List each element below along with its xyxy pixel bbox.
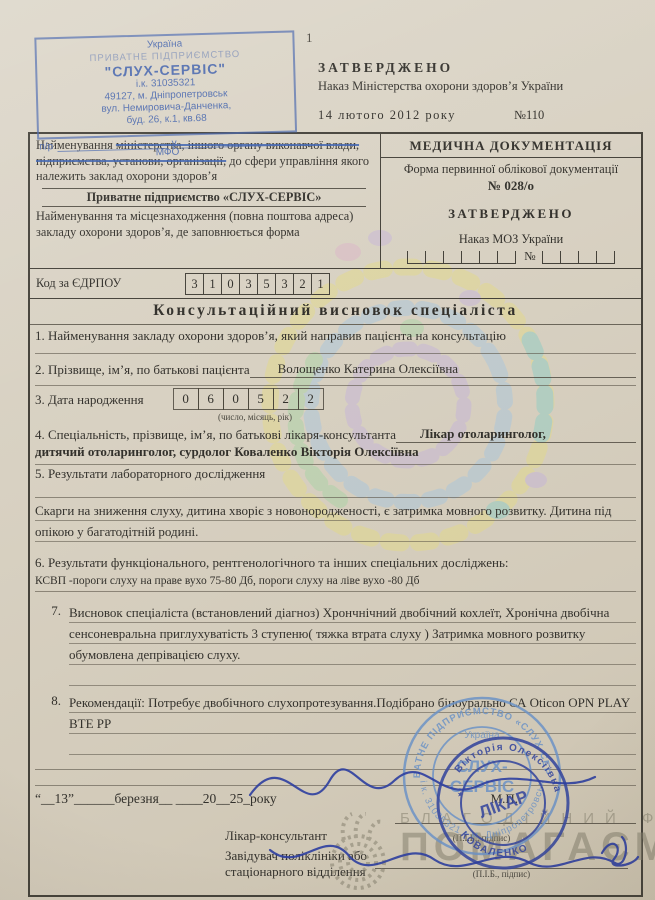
order-no-label: № <box>524 249 535 264</box>
edrpou-digit-cell: 1 <box>311 273 330 295</box>
edrpou-digit-cell: 0 <box>221 273 240 295</box>
spacer <box>35 828 225 844</box>
spacer <box>35 592 636 602</box>
signature-line <box>395 807 636 824</box>
order-label: Наказ МОЗ України <box>387 232 635 247</box>
birth-digit-cell: 5 <box>248 388 274 410</box>
signature-caption-2: (П.І.Б., підпис) <box>375 869 628 880</box>
approved-label-2: ЗАТВЕРДЖЕНО <box>387 206 635 222</box>
edrpou-label: Код за ЄДРПОУ <box>30 276 186 291</box>
head-physician-row: Завідувач поліклініки або стаціонарного … <box>35 848 636 880</box>
company-stamp-rect: Україна ПРИВАТНЕ ПІДПРИЄМСТВО "СЛУХ-СЕРВ… <box>34 30 297 161</box>
approved-block: ЗАТВЕРДЖЕНО Наказ Міністерства охорони з… <box>318 60 648 123</box>
field-4-label: 4. Спеціальність, прізвище, ім’я, по бат… <box>35 426 396 443</box>
field-4-value-1: Лікар отоларинголог, <box>396 425 636 443</box>
signature-line-2 <box>375 854 628 869</box>
comb-cell <box>542 251 560 264</box>
form-subtitle: Форма первинної облікової документації <box>387 162 635 177</box>
comb-cell <box>425 251 443 264</box>
field-8-number: 8. <box>35 692 69 709</box>
field-7-row: 7. Висновок спеціаліста (встановлений ді… <box>35 602 636 686</box>
spacer <box>35 544 636 554</box>
comb-cell <box>479 251 497 264</box>
comb-cell <box>497 251 516 264</box>
comb-cell <box>596 251 615 264</box>
blank-line <box>35 344 636 354</box>
edrpou-digit-cell: 3 <box>239 273 258 295</box>
field-7-number: 7. <box>35 602 69 619</box>
blank-line <box>35 755 636 770</box>
field-2-label: 2. Прізвище, ім’я, по батькові пацієнта <box>35 361 250 378</box>
order-number-comb: № <box>387 249 635 264</box>
field-5-label: 5. Результати лабораторного дослідження <box>35 465 636 487</box>
edrpou-digit-cell: 1 <box>203 273 222 295</box>
form-number: № 028/о <box>387 178 635 194</box>
birth-digit-cell: 2 <box>273 388 299 410</box>
field-3-label: 3. Дата народження <box>35 391 144 408</box>
org-name-line: Приватне підприємство «СЛУХ-СЕРВІС» <box>42 188 366 208</box>
head-physician-label-1: Завідувач поліклініки або <box>225 848 367 863</box>
field-3-row: 3. Дата народження 0 6 0 5 2 2 <box>35 386 636 412</box>
edrpou-digit-cell: 2 <box>293 273 312 295</box>
comb-cell <box>560 251 578 264</box>
form-table: Найменування міністерства, іншого органу… <box>28 132 643 897</box>
approved-date: 14 лютого 2012 року <box>318 108 456 123</box>
document-date: “__13”______березня__ ____20__25_року <box>35 790 277 807</box>
comb-cell <box>461 251 479 264</box>
field-4-row: 4. Спеціальність, прізвище, ім’я, по бат… <box>35 422 636 443</box>
med-doc-title: МЕДИЧНА ДОКУМЕНТАЦІЯ <box>381 136 641 158</box>
edrpou-digit-cell: 3 <box>275 273 294 295</box>
consultant-label: Лікар-консультант <box>225 828 327 844</box>
birth-digit-cell: 2 <box>298 388 324 410</box>
blank-line <box>35 378 636 386</box>
field-6-value: КСВП -пороги слуху на праве вухо 75-80 Д… <box>35 574 636 592</box>
field-6-label: 6. Результати функціонального, рентгенол… <box>35 554 636 574</box>
edrpou-digit-cell: 5 <box>257 273 276 295</box>
field-8-row: 8. Рекомендації: Потребує двобічного слу… <box>35 692 636 755</box>
edrpou-digits: 3 1 0 3 5 3 2 1 <box>186 273 330 295</box>
spacer <box>35 848 225 880</box>
birth-date-boxes: 0 6 0 5 2 2 <box>174 388 324 410</box>
stamp-pr-label: п/р <box>39 141 53 152</box>
form-body: 1. Найменування закладу охорони здоров’я… <box>30 325 641 897</box>
comb-cell <box>443 251 461 264</box>
med-doc-cell: МЕДИЧНА ДОКУМЕНТАЦІЯ Форма первинної обл… <box>380 134 641 268</box>
org-address-note: Найменування та місцезнаходження (повна … <box>36 209 372 240</box>
complaints-text: Скарги на зниження слуху, дитина хворіє … <box>35 500 636 544</box>
signature-caption: (П.І.Б., підпис) <box>335 833 628 844</box>
scanned-document: 1 Україна ПРИВАТНЕ ПІДПРИЄМСТВО "СЛУХ-СЕ… <box>0 0 655 900</box>
field-7-value: Висновок спеціаліста (встановлений діагн… <box>69 602 636 686</box>
comb-cell <box>407 251 425 264</box>
approved-title: ЗАТВЕРДЖЕНО <box>318 60 648 76</box>
birth-digit-cell: 0 <box>173 388 199 410</box>
field-2-row: 2. Прізвище, ім’я, по батькові пацієнта … <box>35 354 636 378</box>
form-title: Консультаційний висновок спеціаліста <box>30 299 641 325</box>
company-stamp-box: Україна ПРИВАТНЕ ПІДПРИЄМСТВО "СЛУХ-СЕРВ… <box>34 30 297 139</box>
edrpou-row: Код за ЄДРПОУ 3 1 0 3 5 3 2 1 <box>30 269 641 299</box>
field-4-value-2: дитячий отоларинголог, сурдолог Коваленк… <box>35 443 636 465</box>
birth-date-caption: (число, місяць, рік) <box>170 412 340 422</box>
comb-cell <box>578 251 596 264</box>
consultant-row: Лікар-консультант (П.І.Б., підпис) <box>35 828 636 844</box>
blank-line <box>35 487 636 498</box>
approved-number: №110 <box>514 108 544 123</box>
page-number: 1 <box>306 30 313 46</box>
approved-order: Наказ Міністерства охорони здоров’я Укра… <box>318 79 648 94</box>
field-2-value: Волощенко Катерина Олексіївна <box>250 360 636 378</box>
blank-line <box>35 770 636 786</box>
field-8-value: Рекомендації: Потребує двобічного слухоп… <box>69 692 636 755</box>
birth-digit-cell: 6 <box>198 388 224 410</box>
date-row: “__13”______березня__ ____20__25_року М.… <box>35 790 636 807</box>
head-physician-label-2: стаціонарного відділення <box>225 864 366 879</box>
field-1-label: 1. Найменування закладу охорони здоров’я… <box>35 327 636 344</box>
birth-digit-cell: 0 <box>223 388 249 410</box>
edrpou-digit-cell: 3 <box>185 273 204 295</box>
mp-label: М.П. <box>491 790 518 807</box>
